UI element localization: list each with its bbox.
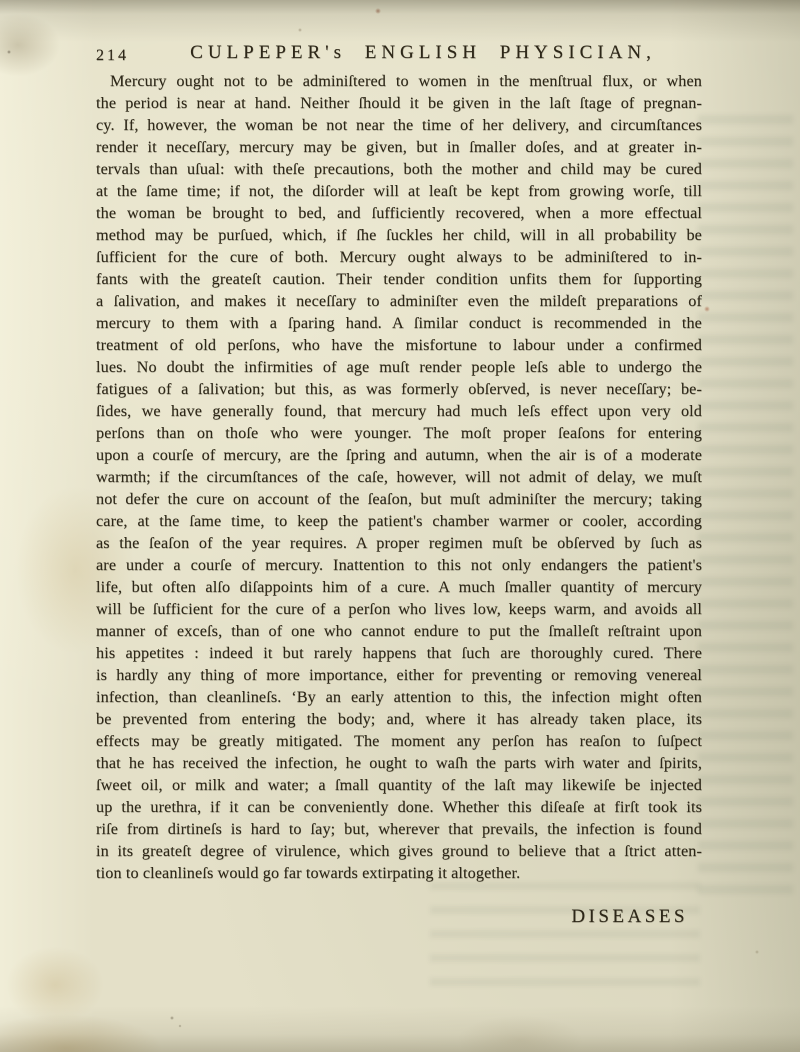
- body-line: perſons than on thoſe who were younger. …: [96, 422, 702, 444]
- body-line: up the urethra, if it can be convenientl…: [96, 796, 702, 818]
- body-line: be prevented from entering the body; and…: [96, 708, 702, 730]
- body-line: lues. No doubt the infirmities of age mu…: [96, 356, 702, 378]
- running-head: 214 CULPEPER's ENGLISH PHYSICIAN,: [96, 42, 702, 68]
- body-line: ſufficient for the cure of both. Mercury…: [96, 246, 702, 268]
- reverse-page-showthrough: [698, 115, 793, 895]
- body-line: life, but often alſo diſappoints him of …: [96, 576, 702, 598]
- body-line: will be ſufficient for the cure of a per…: [96, 598, 702, 620]
- body-line: the woman be brought to bed, and ſuffici…: [96, 202, 702, 224]
- body-line: method may be purſued, which, if ſhe ſuc…: [96, 224, 702, 246]
- body-line: at the ſame time; if not, the diſorder w…: [96, 180, 702, 202]
- body-line: that he has received the infection, he o…: [96, 752, 702, 774]
- book-page-scan: 214 CULPEPER's ENGLISH PHYSICIAN, Mercur…: [0, 0, 800, 1052]
- body-line: manner of exceſs, than of one who cannot…: [96, 620, 702, 642]
- body-line: fatigues of a ſalivation; but this, as w…: [96, 378, 702, 400]
- body-line: fants with the greateſt caution. Their t…: [96, 268, 702, 290]
- body-line: cy. If, however, the woman be not near t…: [96, 114, 702, 136]
- reverse-page-showthrough: [430, 882, 700, 992]
- body-line: are under a courſe of mercury. Inattenti…: [96, 554, 702, 576]
- body-line: infection, than cleanlineſs. ‘By an earl…: [96, 686, 702, 708]
- body-line: Mercury ought not to be adminiſtered to …: [96, 70, 702, 92]
- body-line: upon a courſe of mercury, are the ſpring…: [96, 444, 702, 466]
- body-line: in its greateſt degree of virulence, whi…: [96, 840, 702, 862]
- body-line: treatment of old perſons, who have the m…: [96, 334, 702, 356]
- body-line: tervals than uſual: with theſe precautio…: [96, 158, 702, 180]
- body-line: ſweet oil, or milk and water; a ſmall qu…: [96, 774, 702, 796]
- body-line: not defer the cure on account of the ſea…: [96, 488, 702, 510]
- body-line: a ſalivation, and makes it neceſſary to …: [96, 290, 702, 312]
- body-line: is hardly any thing of more importance, …: [96, 664, 702, 686]
- body-line: effects may be greatly mitigated. The mo…: [96, 730, 702, 752]
- running-title: CULPEPER's ENGLISH PHYSICIAN,: [96, 42, 702, 64]
- body-line: render it neceſſary, mercury may be give…: [96, 136, 702, 158]
- body-line: as the ſeaſon of the year requires. A pr…: [96, 532, 702, 554]
- body-line: the period is near at hand. Neither ſhou…: [96, 92, 702, 114]
- body-line: tion to cleanlineſs would go far towards…: [96, 862, 702, 884]
- body-line: warmth; if the circumſtances of the caſe…: [96, 466, 702, 488]
- body-line: ſides, we have generally found, that mer…: [96, 400, 702, 422]
- catchword: DISEASES: [571, 906, 688, 928]
- body-line: riſe from dirtineſs is hard to ſay; but,…: [96, 818, 702, 840]
- body-line: care, at the ſame time, to keep the pati…: [96, 510, 702, 532]
- body-line: mercury to them with a ſparing hand. A ſ…: [96, 312, 702, 334]
- body-line: his appetites : indeed it but rarely hap…: [96, 642, 702, 664]
- body-text: Mercury ought not to be adminiſtered to …: [96, 70, 702, 884]
